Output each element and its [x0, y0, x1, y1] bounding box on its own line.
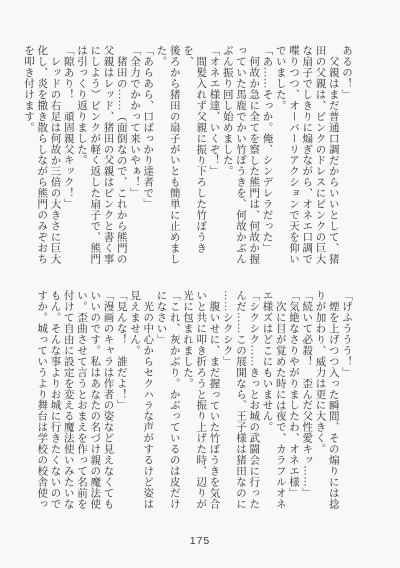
- text-line: 「シクシク……きっとお城の武闘会に行った: [247, 290, 260, 514]
- text-line: エ様ズはどこにもいません。: [260, 290, 273, 514]
- text-line: 「あらあら、口ばっかり達者で」: [141, 45, 154, 269]
- text-line: 父親はまだ普通口調だからいいとして、猪: [327, 45, 340, 269]
- text-line: いいのです。私はあなたの名づけ親の魔法使: [88, 290, 101, 514]
- text-line: っていた馬鹿でかい竹ぼうきを、何故かぶん: [234, 45, 247, 269]
- text-block-bottom: 「げふううう！」煙を上げつつ入った瞬間、その煽りには捻りが加わり、威力は更に大き…: [33, 290, 353, 514]
- text-line: 「漫画のキャラは作者の姿など見えなくても: [101, 290, 114, 514]
- text-line: もん。そんな事よりお城に行きたくないので: [48, 290, 61, 514]
- text-line: を叩き付けます。: [22, 45, 35, 269]
- text-line: すか。城っていうより舞台は学校の校舎使っ: [35, 290, 48, 514]
- text-line: 「隙あり！ 頑固親父キック！」: [62, 45, 75, 269]
- text-line: 田の父親は、ピンクのドレスにピンクの巨大: [313, 45, 326, 269]
- text-line: 喋りつつ、オーバーリアクションで天を仰い: [287, 45, 300, 269]
- text-line: た。: [154, 45, 167, 269]
- text-line: 「続いて必殺！ 歪んだ父性愛キッ……」: [300, 290, 313, 514]
- text-line: にしよう）ピンクが軽く返した扇子で、熊門: [88, 45, 101, 269]
- text-line: い。歪曲させて言うとおまえを作って名前を: [75, 290, 88, 514]
- text-line: レッドの右足は何故か三倍の大きさに巨大: [48, 45, 61, 269]
- text-line: ……シクシク」: [221, 290, 234, 514]
- text-line: 父親はレッド、猪田の父親はピンクと書く事: [101, 45, 114, 269]
- text-line: んだ……この展開なら、王子様は猪田なのに: [234, 290, 247, 514]
- text-line: 「げふううう！」: [340, 290, 353, 514]
- text-line: な扇子でしきりに煽ぎながら、オネエ口調で: [300, 45, 313, 269]
- text-line: 間髪入れず父親に振り下ろした竹ぼうきを、: [181, 45, 208, 269]
- text-line: 光の中心からセクハラな声がするけど姿は: [141, 290, 154, 514]
- text-line: になさい」: [154, 290, 167, 514]
- text-line: 猪田の……（面倒なので、これから熊門の: [115, 45, 128, 269]
- text-line: 「オネエ様達、いくぞ！」: [207, 45, 220, 269]
- text-line: 腹いせに、まだ握っていた竹ぼうきを気合: [207, 290, 220, 514]
- text-line: 「これ、灰かぶり。かぶっているのは皮だけ: [168, 290, 181, 514]
- text-line: でいました。: [274, 45, 287, 269]
- book-page: あるの！」父親はまだ普通口調だからいいとして、猪田の父親は、ピンクのドレスにピン…: [0, 0, 400, 568]
- text-line: 煙を上げつつ入った瞬間、その煽りには捻: [327, 290, 340, 514]
- text-line: 付けて自由に設定を変える魔法使いみたいな: [62, 290, 75, 514]
- text-line: ぶん振り回し始めました。: [221, 45, 234, 269]
- text-line: 「全力でかかって来いやぁ！」: [128, 45, 141, 269]
- text-line: 「気絶なさりやがりましたわ、オネエ様」: [287, 290, 300, 514]
- text-line: 後ろから猪田の扇子がいとも簡単に止めまし: [168, 45, 181, 269]
- text-line: 「あ……そっか。俺、シンデレラだった」: [260, 45, 273, 269]
- text-line: りが加わり、威力は更に大きく。: [313, 290, 326, 514]
- text-block-top: あるの！」父親はまだ普通口調だからいいとして、猪田の父親は、ピンクのドレスにピン…: [33, 45, 353, 269]
- text-line: 次に目が覚めた時には夜で、カラフルオネ: [274, 290, 287, 514]
- text-line: 見えません。: [128, 290, 141, 514]
- text-line: 「見んな！ 誰だよ！」: [115, 290, 128, 514]
- page-number: 175: [0, 535, 400, 547]
- text-line: 光に包まれました。: [181, 290, 194, 514]
- text-line: 化し、炎を撒き散らしながら熊門のみぞおち: [35, 45, 48, 269]
- text-line: は引っくり返りました。: [75, 45, 88, 269]
- text-line: 何故か急に全てを察した熊門は、何故か握: [247, 45, 260, 269]
- text-line: いと共に叩き折ろうと振り上げた時、辺りが: [194, 290, 207, 514]
- text-line: あるの！」: [340, 45, 353, 269]
